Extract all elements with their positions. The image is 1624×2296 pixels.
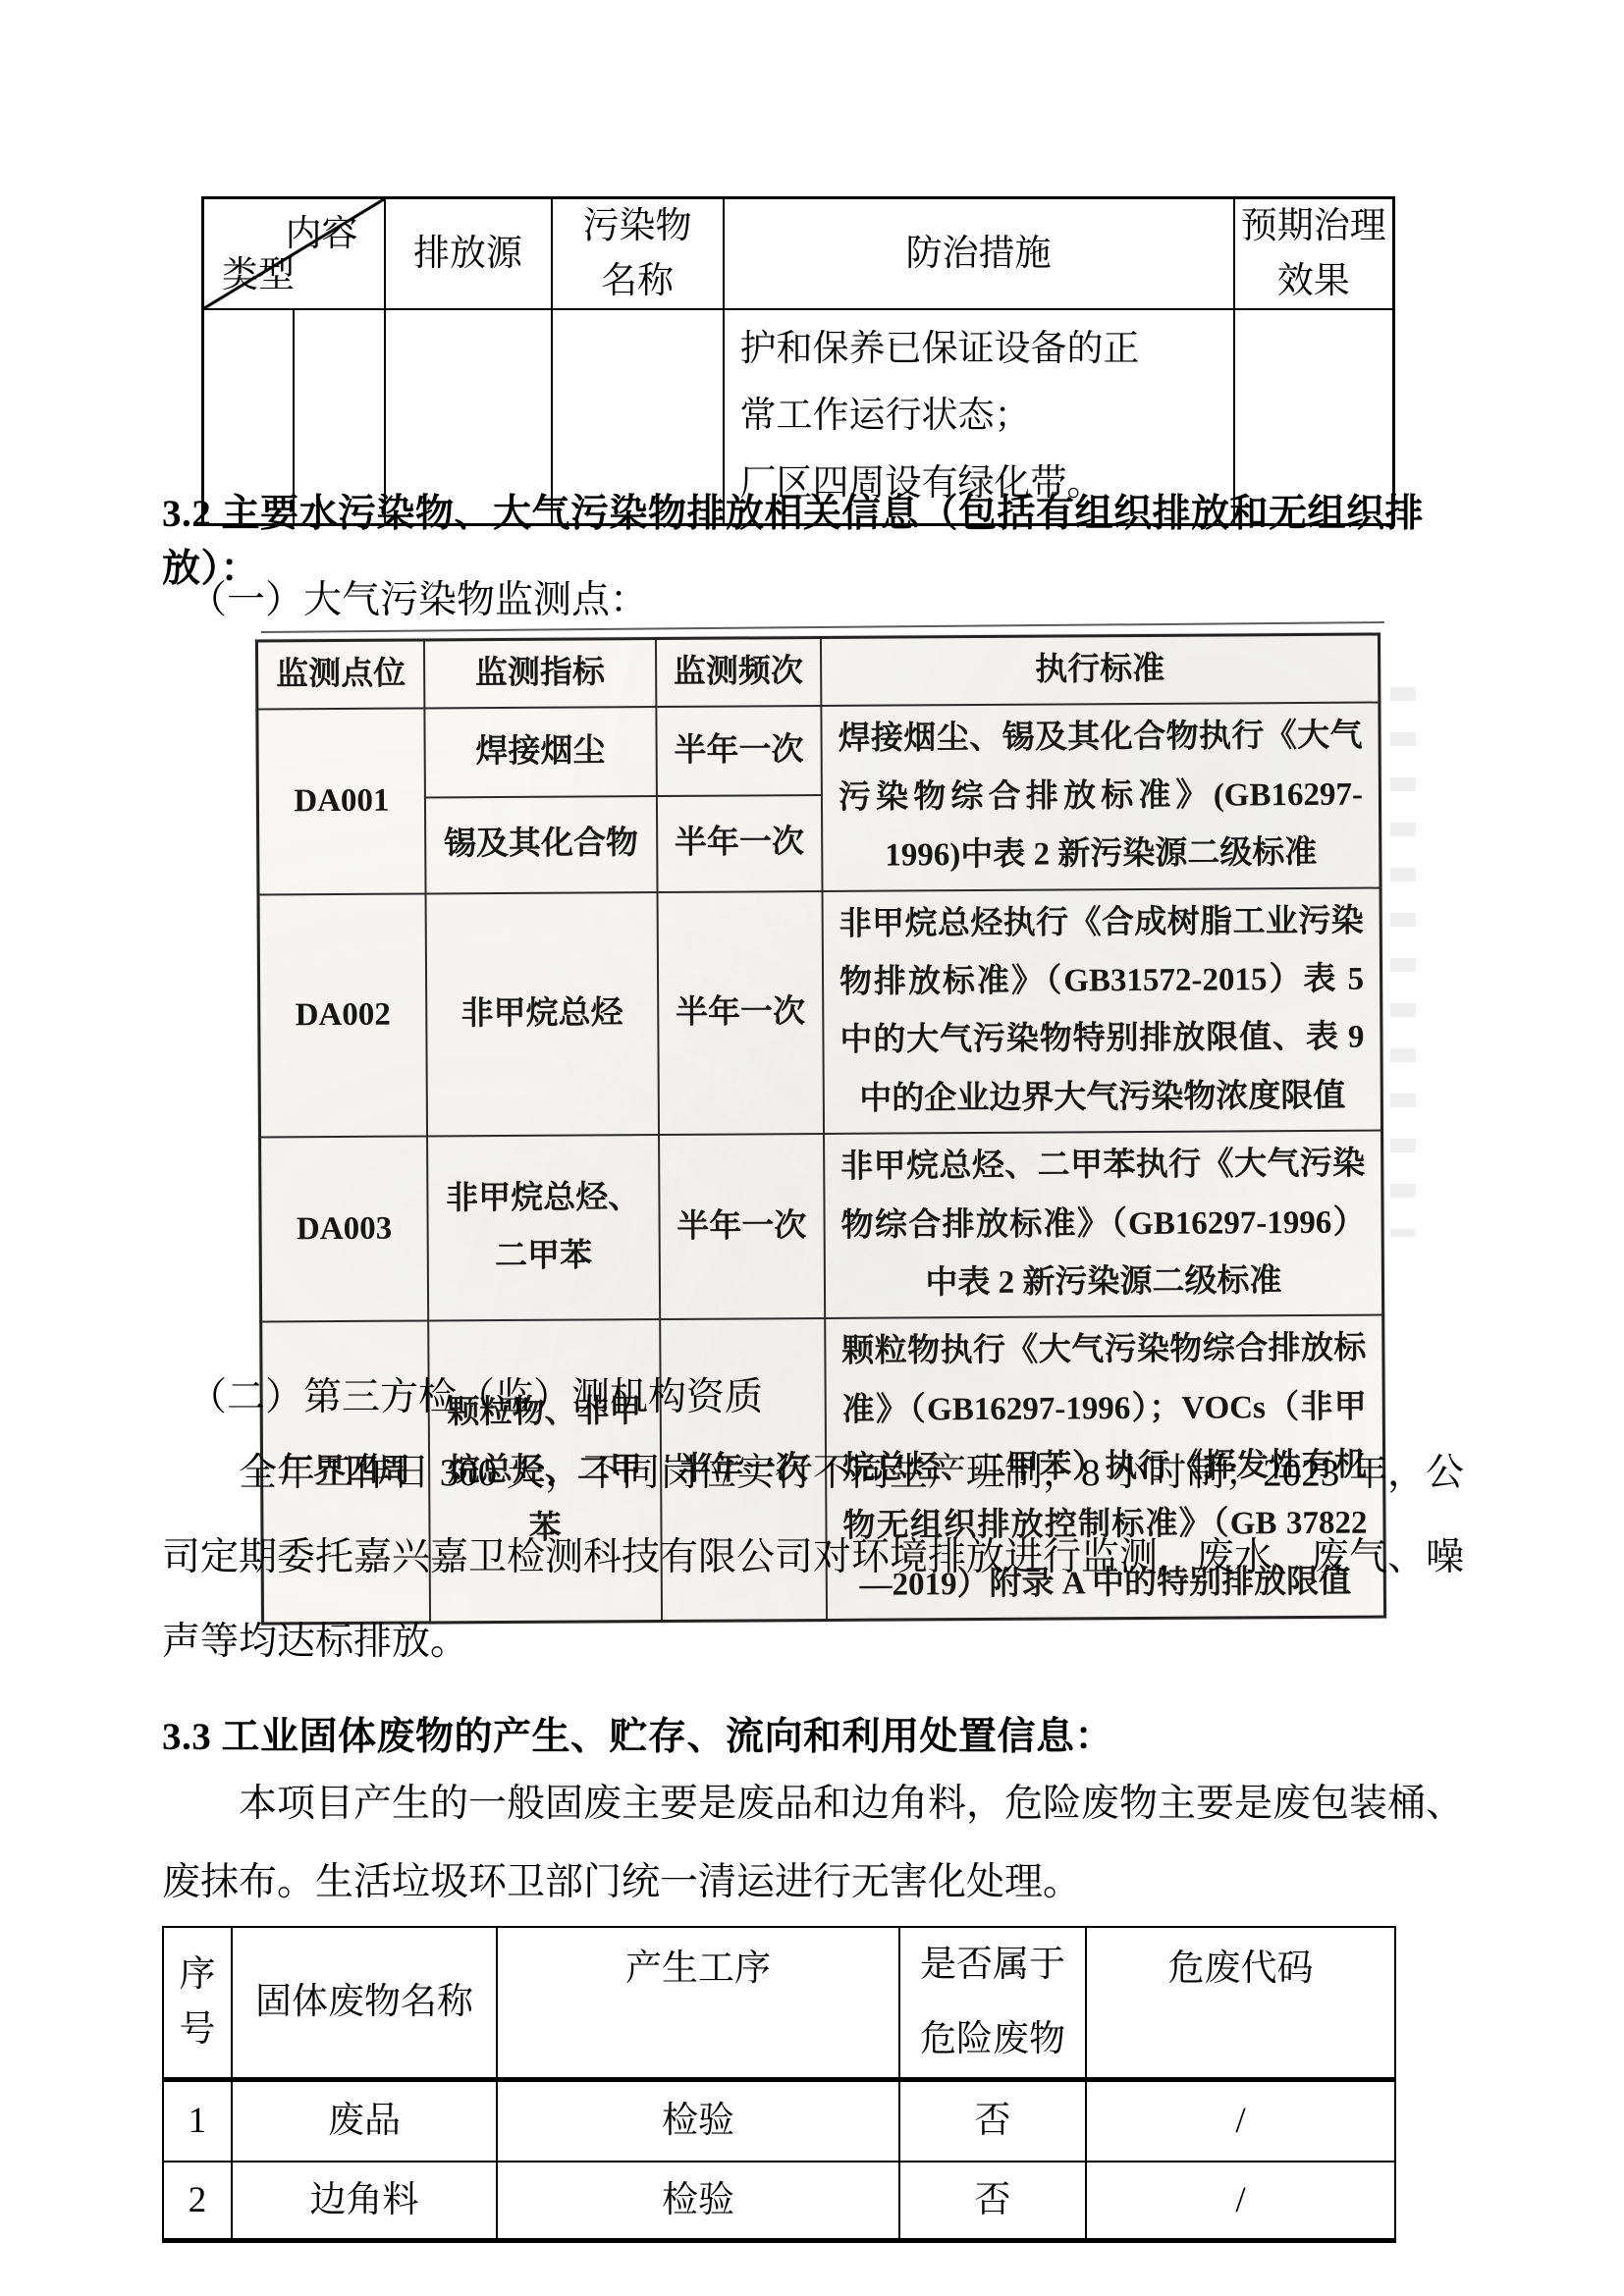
cell-hazardous: 否 bbox=[899, 2079, 1086, 2162]
cell-standard-da002: 非甲烷总烃执行《合成树脂工业污染物排放标准》（GB31572-2015）表 5 … bbox=[823, 887, 1382, 1134]
header-monitoring-point: 监测点位 bbox=[256, 640, 424, 710]
header-no: 序号 bbox=[163, 1927, 232, 2079]
cell-hazardous: 否 bbox=[899, 2162, 1086, 2240]
header-measures: 防治措施 bbox=[724, 198, 1234, 310]
cell-process: 检验 bbox=[497, 2162, 899, 2240]
cell-process: 检验 bbox=[497, 2079, 899, 2162]
cell-indicator-tin-compounds: 锡及其化合物 bbox=[425, 796, 657, 893]
corner-bottom-label: 类型 bbox=[222, 248, 295, 303]
cell-no: 2 bbox=[163, 2162, 232, 2240]
row-da003: DA003 非甲烷总烃、二甲苯 半年一次 非甲烷总烃、二甲苯执行《大气污染物综合… bbox=[260, 1131, 1383, 1322]
scan-artifact-streaks bbox=[1390, 687, 1416, 1237]
waste-row-2: 2 边角料 检验 否 / bbox=[163, 2162, 1395, 2240]
header-standard: 执行标准 bbox=[821, 634, 1380, 706]
row-da002: DA002 非甲烷总烃 半年一次 非甲烷总烃执行《合成树脂工业污染物排放标准》（… bbox=[258, 887, 1381, 1138]
header-hazard-code: 危废代码 bbox=[1086, 1927, 1395, 2079]
cell-hazard-code: / bbox=[1086, 2079, 1395, 2162]
cell-waste-name: 废品 bbox=[232, 2079, 497, 2162]
row-da001-a: DA001 焊接烟尘 半年一次 焊接烟尘、锡及其化合物执行《大气污染物综合排放标… bbox=[257, 703, 1380, 798]
cell-waste-name: 边角料 bbox=[232, 2162, 497, 2240]
cell-hazard-code: / bbox=[1086, 2162, 1395, 2240]
cell-frequency: 半年一次 bbox=[657, 891, 824, 1136]
document-page: 内容 类型 排放源 污染物 名称 防治措施 预期治理 效果 护和保养已保证设备的… bbox=[0, 0, 1624, 2296]
cell-indicator-nmhc: 非甲烷总烃 bbox=[425, 892, 658, 1137]
table-header-row: 内容 类型 排放源 污染物 名称 防治措施 预期治理 效果 bbox=[203, 198, 1394, 310]
header-waste-name: 固体废物名称 bbox=[232, 1927, 497, 2079]
subsection-2-label: （二）第三方检（监）测机构资质 bbox=[189, 1366, 1367, 1421]
cell-frequency: 半年一次 bbox=[659, 1134, 826, 1319]
header-process: 产生工序 bbox=[497, 1927, 899, 2079]
subsection-1-label: （一）大气污染物监测点： bbox=[189, 569, 1367, 624]
cell-no: 1 bbox=[163, 2079, 232, 2162]
header-source: 排放源 bbox=[385, 198, 552, 310]
corner-top-label: 内容 bbox=[286, 207, 358, 262]
header-hazardous: 是否属于 危险废物 bbox=[899, 1927, 1086, 2079]
header-monitoring-indicator: 监测指标 bbox=[424, 639, 656, 709]
waste-header-row: 序号 固体废物名称 产生工序 是否属于 危险废物 危废代码 bbox=[163, 1927, 1395, 2079]
header-expected-effect: 预期治理 效果 bbox=[1234, 198, 1394, 310]
cell-point-da003: DA003 bbox=[260, 1137, 429, 1322]
paragraph-3-3: 本项目产生的一般固废主要是废品和边角料，危险废物主要是废包装桶、废抹布。生活垃圾… bbox=[162, 1765, 1464, 1922]
pollution-measures-table: 内容 类型 排放源 污染物 名称 防治措施 预期治理 效果 护和保养已保证设备的… bbox=[201, 196, 1395, 526]
cell-frequency: 半年一次 bbox=[656, 795, 822, 892]
paragraph-3-2: 全年工作日 300 天，不同岗位实行不同生产班制，8 小时制；2023 年，公司… bbox=[162, 1431, 1464, 1683]
cell-point-da001: DA001 bbox=[257, 709, 426, 894]
cell-standard-da001: 焊接烟尘、锡及其化合物执行《大气污染物综合排放标准》(GB16297-1996)… bbox=[821, 703, 1380, 891]
cell-indicator-welding-fume: 焊接烟尘 bbox=[424, 707, 656, 797]
heading-3-3: 3.3 工业固体废物的产生、贮存、流向和利用处置信息： bbox=[162, 1706, 1468, 1761]
corner-header-cell: 内容 类型 bbox=[203, 198, 385, 310]
cell-point-da002: DA002 bbox=[258, 893, 427, 1138]
solid-waste-table: 序号 固体废物名称 产生工序 是否属于 危险废物 危废代码 1 废品 检验 否 … bbox=[162, 1926, 1396, 2243]
cell-standard-da003: 非甲烷总烃、二甲苯执行《大气污染物综合排放标准》（GB16297-1996）中表… bbox=[824, 1131, 1383, 1319]
header-monitoring-frequency: 监测频次 bbox=[655, 637, 821, 707]
cell-frequency: 半年一次 bbox=[656, 706, 822, 795]
waste-row-1: 1 废品 检验 否 / bbox=[163, 2079, 1395, 2162]
header-pollutant-name: 污染物 名称 bbox=[552, 198, 724, 310]
monitoring-header-row: 监测点位 监测指标 监测频次 执行标准 bbox=[256, 634, 1379, 710]
cell-indicator-nmhc-xylene: 非甲烷总烃、二甲苯 bbox=[427, 1135, 660, 1321]
